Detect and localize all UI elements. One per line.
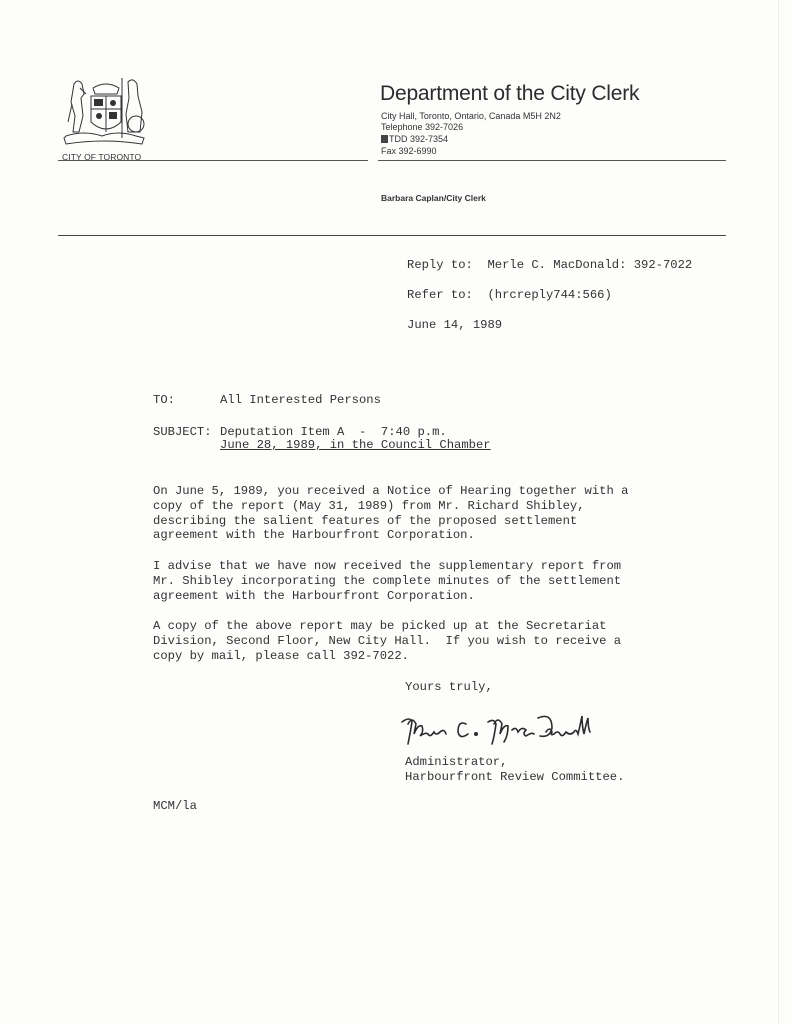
tdd-icon bbox=[381, 135, 388, 143]
header-divider-right bbox=[378, 160, 726, 161]
handwritten-signature-icon bbox=[398, 708, 628, 750]
tdd-text: TDD 392-7354 bbox=[389, 134, 448, 144]
address-line: City Hall, Toronto, Ontario, Canada M5H … bbox=[381, 111, 561, 122]
typist-initials: MCM/la bbox=[153, 799, 197, 813]
signatory-title: Administrator, bbox=[405, 755, 507, 769]
subject-label: SUBJECT: bbox=[153, 425, 212, 439]
reply-to: Reply to: Merle C. MacDonald: 392-7022 bbox=[407, 258, 692, 272]
body-paragraph-1: On June 5, 1989, you received a Notice o… bbox=[153, 484, 673, 543]
city-clerk-name: Barbara Caplan/City Clerk bbox=[381, 193, 486, 203]
fax-line: Fax 392-6990 bbox=[381, 146, 437, 157]
to-label: TO: bbox=[153, 393, 175, 407]
closing: Yours truly, bbox=[405, 680, 493, 694]
city-crest-icon bbox=[60, 74, 152, 150]
page-edge bbox=[778, 0, 779, 1024]
signatory-committee: Harbourfront Review Committee. bbox=[405, 770, 624, 784]
subject-line-1: Deputation Item A - 7:40 p.m. bbox=[220, 425, 447, 439]
body-paragraph-2: I advise that we have now received the s… bbox=[153, 559, 673, 603]
subject-line-2: June 28, 1989, in the Council Chamber bbox=[220, 438, 491, 452]
body-paragraph-3: A copy of the above report may be picked… bbox=[153, 619, 673, 663]
letterhead-divider bbox=[58, 235, 726, 236]
department-title: Department of the City Clerk bbox=[380, 82, 639, 106]
to-value: All Interested Persons bbox=[220, 393, 381, 407]
tdd-line: TDD 392-7354 bbox=[381, 134, 448, 145]
header-divider-left bbox=[58, 160, 368, 161]
refer-to: Refer to: (hrcreply744:566) bbox=[407, 288, 612, 302]
letter-date: June 14, 1989 bbox=[407, 318, 502, 332]
telephone-line: Telephone 392-7026 bbox=[381, 122, 463, 133]
